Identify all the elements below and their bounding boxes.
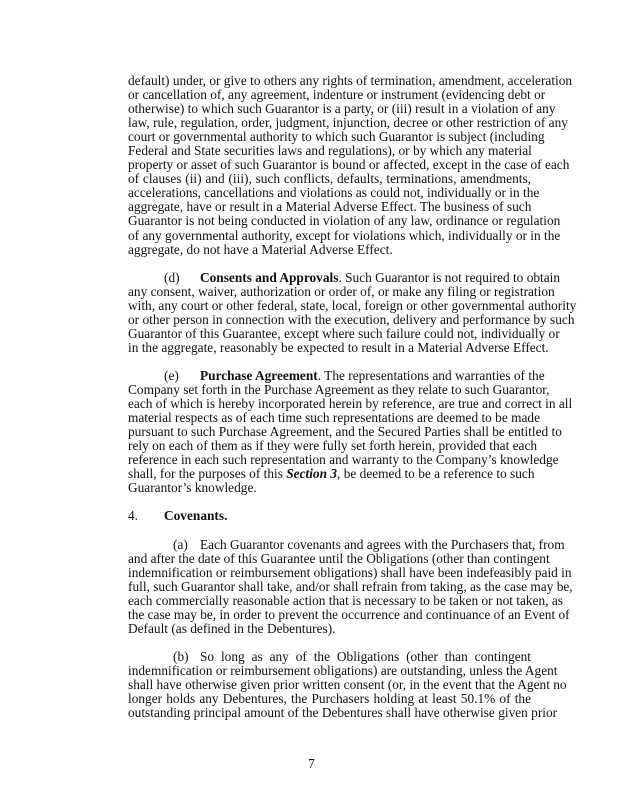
text-line: law, rule, regulation, order, judgment, … [128, 116, 531, 130]
text-line: full, such Guarantor shall take, and/or … [128, 580, 531, 594]
text-line: Default (as defined in the Debentures). [128, 622, 531, 636]
section-heading: Covenants. [164, 508, 227, 523]
text-line: aggregate, have or result in a Material … [128, 200, 531, 214]
document-page: default) under, or give to others any ri… [0, 0, 623, 806]
section-label: (a) [173, 538, 200, 552]
text-line: shall, for the purposes of this Section … [128, 467, 531, 481]
text-line: otherwise) to which such Guarantor is a … [128, 102, 531, 116]
text-line: default) under, or give to others any ri… [128, 74, 531, 88]
text-line: (e)Purchase Agreement. The representatio… [128, 369, 531, 383]
text-line: or cancellation of, any agreement, inden… [128, 88, 531, 102]
text-line: or other person in connection with the e… [128, 313, 531, 327]
section-label: (d) [164, 271, 200, 285]
text-line: outstanding principal amount of the Debe… [128, 706, 531, 720]
paragraph-continued: default) under, or give to others any ri… [128, 74, 531, 257]
text-line: longer holds any Debentures, the Purchas… [128, 692, 531, 706]
text-run: . Such Guarantor is not required to obta… [338, 270, 560, 285]
text-line: property or asset of such Guarantor is b… [128, 158, 531, 172]
text-line: reference in each such representation an… [128, 453, 531, 467]
page-number: 7 [0, 756, 623, 772]
section-4a: (a)Each Guarantor covenants and agrees w… [128, 538, 531, 636]
text-line: any consent, waiver, authorization or or… [128, 285, 531, 299]
section-heading: Purchase Agreement [200, 368, 318, 383]
section-reference: Section 3 [286, 466, 337, 481]
text-line: Guarantor of this Guarantee, except wher… [128, 327, 531, 341]
text-line: indemnification or reimbursement obligat… [128, 566, 531, 580]
section-number: 4. [128, 509, 164, 523]
text-line: accelerations, cancellations and violati… [128, 186, 531, 200]
text-line: court or governmental authority to which… [128, 130, 531, 144]
text-line: aggregate, do not have a Material Advers… [128, 243, 531, 257]
section-e-purchase-agreement: (e)Purchase Agreement. The representatio… [128, 369, 531, 495]
page-body: default) under, or give to others any ri… [128, 74, 531, 734]
text-line: (b)So long as any of the Obligations (ot… [128, 650, 531, 664]
text-run: shall, for the purposes of this [128, 466, 286, 481]
text-line: (d)Consents and Approvals. Such Guaranto… [128, 271, 531, 285]
text-line: each commercially reasonable action that… [128, 594, 531, 608]
text-line: each of which is hereby incorporated her… [128, 397, 531, 411]
section-4-heading: 4.Covenants. [128, 509, 531, 523]
text-run: . The representations and warranties of … [318, 368, 545, 383]
text-line: Federal and State securities laws and re… [128, 144, 531, 158]
text-line: rely on each of them as if they were ful… [128, 439, 531, 453]
text-line: pursuant to such Purchase Agreement, and… [128, 425, 531, 439]
text-line: 4.Covenants. [128, 509, 531, 523]
section-label: (e) [164, 369, 200, 383]
text-line: the case may be, in order to prevent the… [128, 608, 531, 622]
text-line: of clauses (ii) and (iii), such conflict… [128, 172, 531, 186]
text-line: of any governmental authority, except fo… [128, 229, 531, 243]
text-line: Company set forth in the Purchase Agreem… [128, 383, 531, 397]
text-line: shall have otherwise given prior written… [128, 678, 531, 692]
section-label: (b) [173, 650, 200, 664]
text-line: material respects as of each time such r… [128, 411, 531, 425]
text-run: , be deemed to be a reference to such [337, 466, 534, 481]
text-line: and after the date of this Guarantee unt… [128, 552, 531, 566]
section-heading: Consents and Approvals [200, 270, 338, 285]
text-run: Each Guarantor covenants and agrees with… [200, 537, 565, 552]
section-4b: (b)So long as any of the Obligations (ot… [128, 650, 531, 720]
text-line: indemnification or reimbursement obligat… [128, 664, 531, 678]
text-line: Guarantor’s knowledge. [128, 481, 531, 495]
text-line: Guarantor is not being conducted in viol… [128, 214, 531, 228]
text-run: So long as any of the Obligations (other… [200, 649, 531, 664]
text-line: in the aggregate, reasonably be expected… [128, 341, 531, 355]
text-line: with, any court or other federal, state,… [128, 299, 531, 313]
section-d-consents-and-approvals: (d)Consents and Approvals. Such Guaranto… [128, 271, 531, 355]
text-line: (a)Each Guarantor covenants and agrees w… [128, 538, 531, 552]
